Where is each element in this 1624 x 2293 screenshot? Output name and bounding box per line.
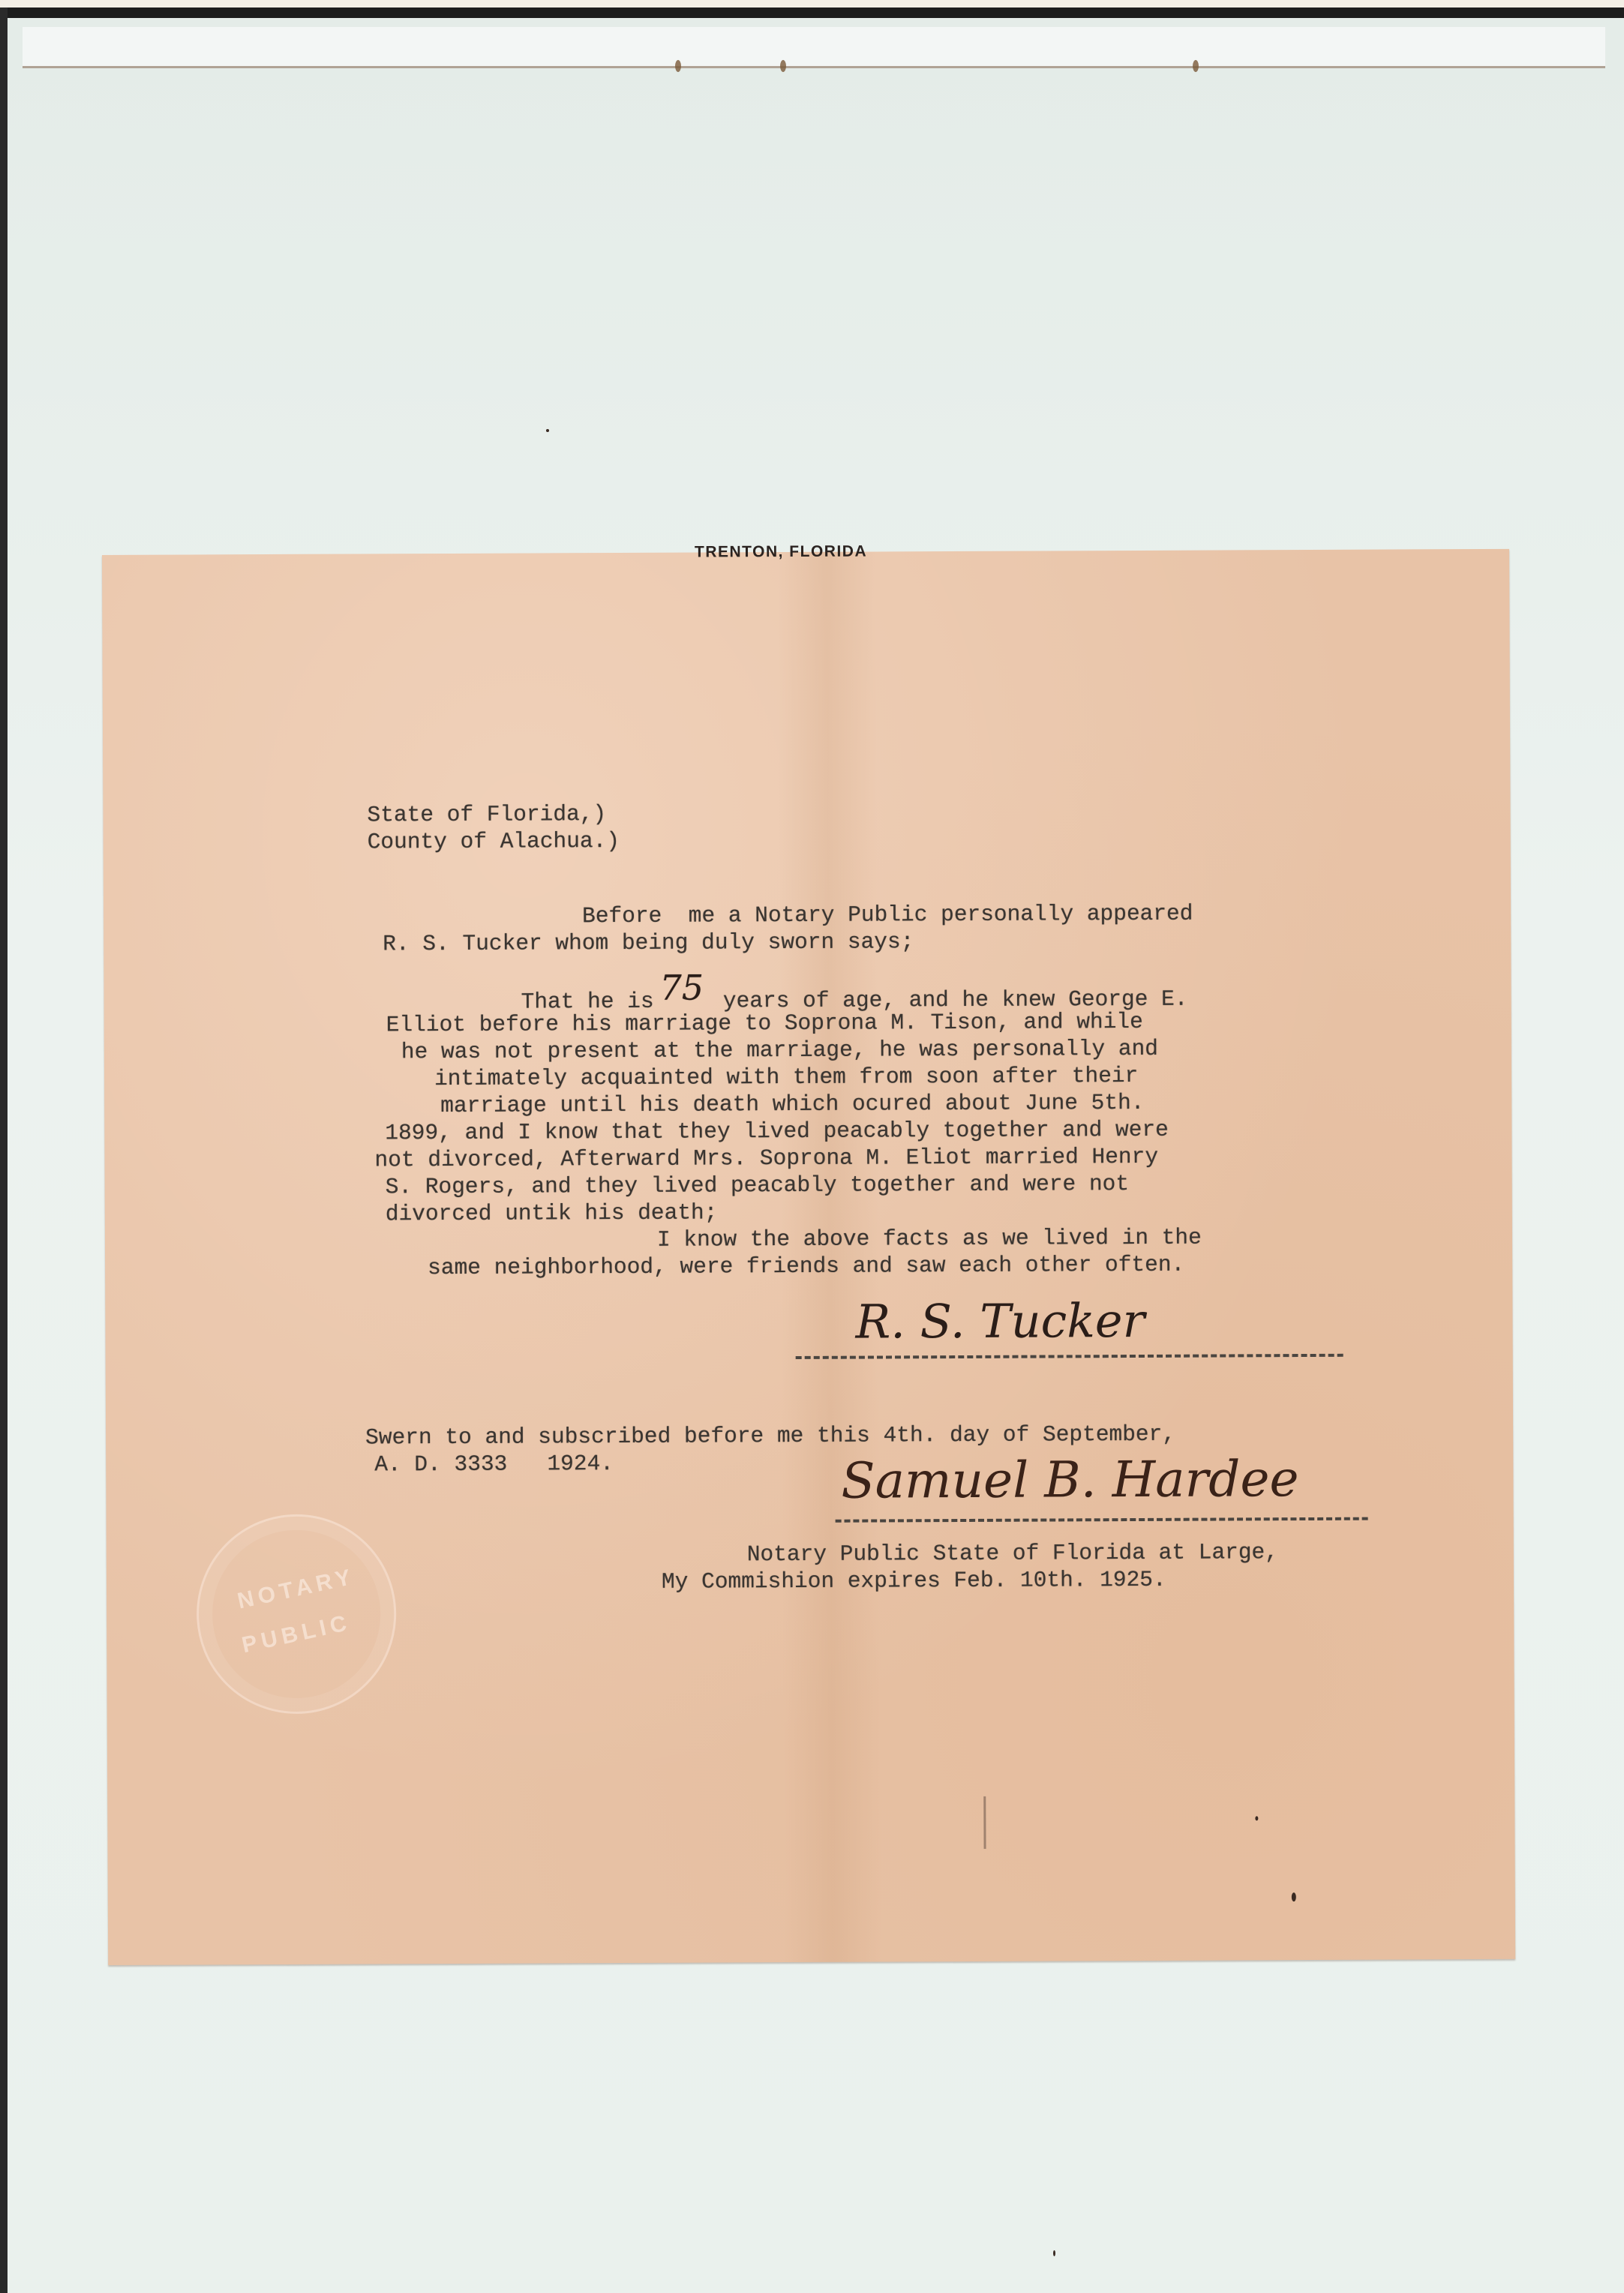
jurat-line-2: A. D. 3333 1924. [374, 1450, 614, 1478]
stain-mark [675, 60, 681, 72]
tape-strip [23, 27, 1605, 68]
body-line-6: 1899, and I know that they lived peacabl… [385, 1116, 1169, 1147]
jurat-line-1: Swern to and subscribed before me this 4… [365, 1421, 1175, 1451]
stain-mark [780, 60, 786, 72]
body-line-9: divorced untik his death; [386, 1199, 718, 1227]
affiant-signature-line [796, 1354, 1343, 1359]
dust-speck [1053, 2250, 1055, 2256]
affiant-signature: R. S. Tucker [855, 1293, 1145, 1349]
body-line-11: same neighborhood, were friends and saw … [428, 1251, 1184, 1281]
body-line-2: Elliot before his marriage to Soprona M.… [386, 1008, 1143, 1038]
ink-speck [1255, 1816, 1258, 1820]
notary-title: Notary Public State of Florida at Large, [747, 1538, 1278, 1568]
body-line-3: he was not present at the marriage, he w… [401, 1035, 1158, 1065]
body-line-4: intimately acquainted with them from soo… [434, 1062, 1138, 1092]
notary-commission-expiry: My Commishion expires Feb. 10th. 1925. [662, 1566, 1166, 1595]
body-line-8: S. Rogers, and they lived peacably toget… [386, 1170, 1130, 1200]
scan-frame-left-edge [0, 8, 8, 2293]
notary-signature: Samuel B. Hardee [841, 1450, 1298, 1510]
intro-line-1: Before me a Notary Public personally app… [582, 900, 1193, 930]
venue-county: County of Alachua.) [368, 827, 620, 855]
scan-frame-top-edge [0, 8, 1624, 18]
notary-signature-line [836, 1517, 1368, 1523]
handwritten-age: 75 [659, 968, 704, 1008]
body-line-7: not divorced, Afterward Mrs. Soprona M. … [374, 1143, 1158, 1174]
dust-speck [546, 429, 549, 432]
fold-crease-mark [983, 1796, 986, 1849]
letterhead: TRENTON, FLORIDA [695, 543, 867, 562]
body-line-10: I know the above facts as we lived in th… [657, 1224, 1202, 1253]
body-line-5: marriage until his death which ocured ab… [440, 1089, 1144, 1119]
venue-state: State of Florida,) [367, 800, 606, 828]
notary-embossed-seal: NOTARY PUBLIC [197, 1514, 397, 1714]
affidavit-paper: TRENTON, FLORIDA State of Florida,) Coun… [102, 549, 1515, 1965]
stain-mark [1193, 60, 1199, 72]
intro-line-2: R. S. Tucker whom being duly sworn says; [383, 928, 914, 957]
ink-speck [1292, 1892, 1296, 1901]
